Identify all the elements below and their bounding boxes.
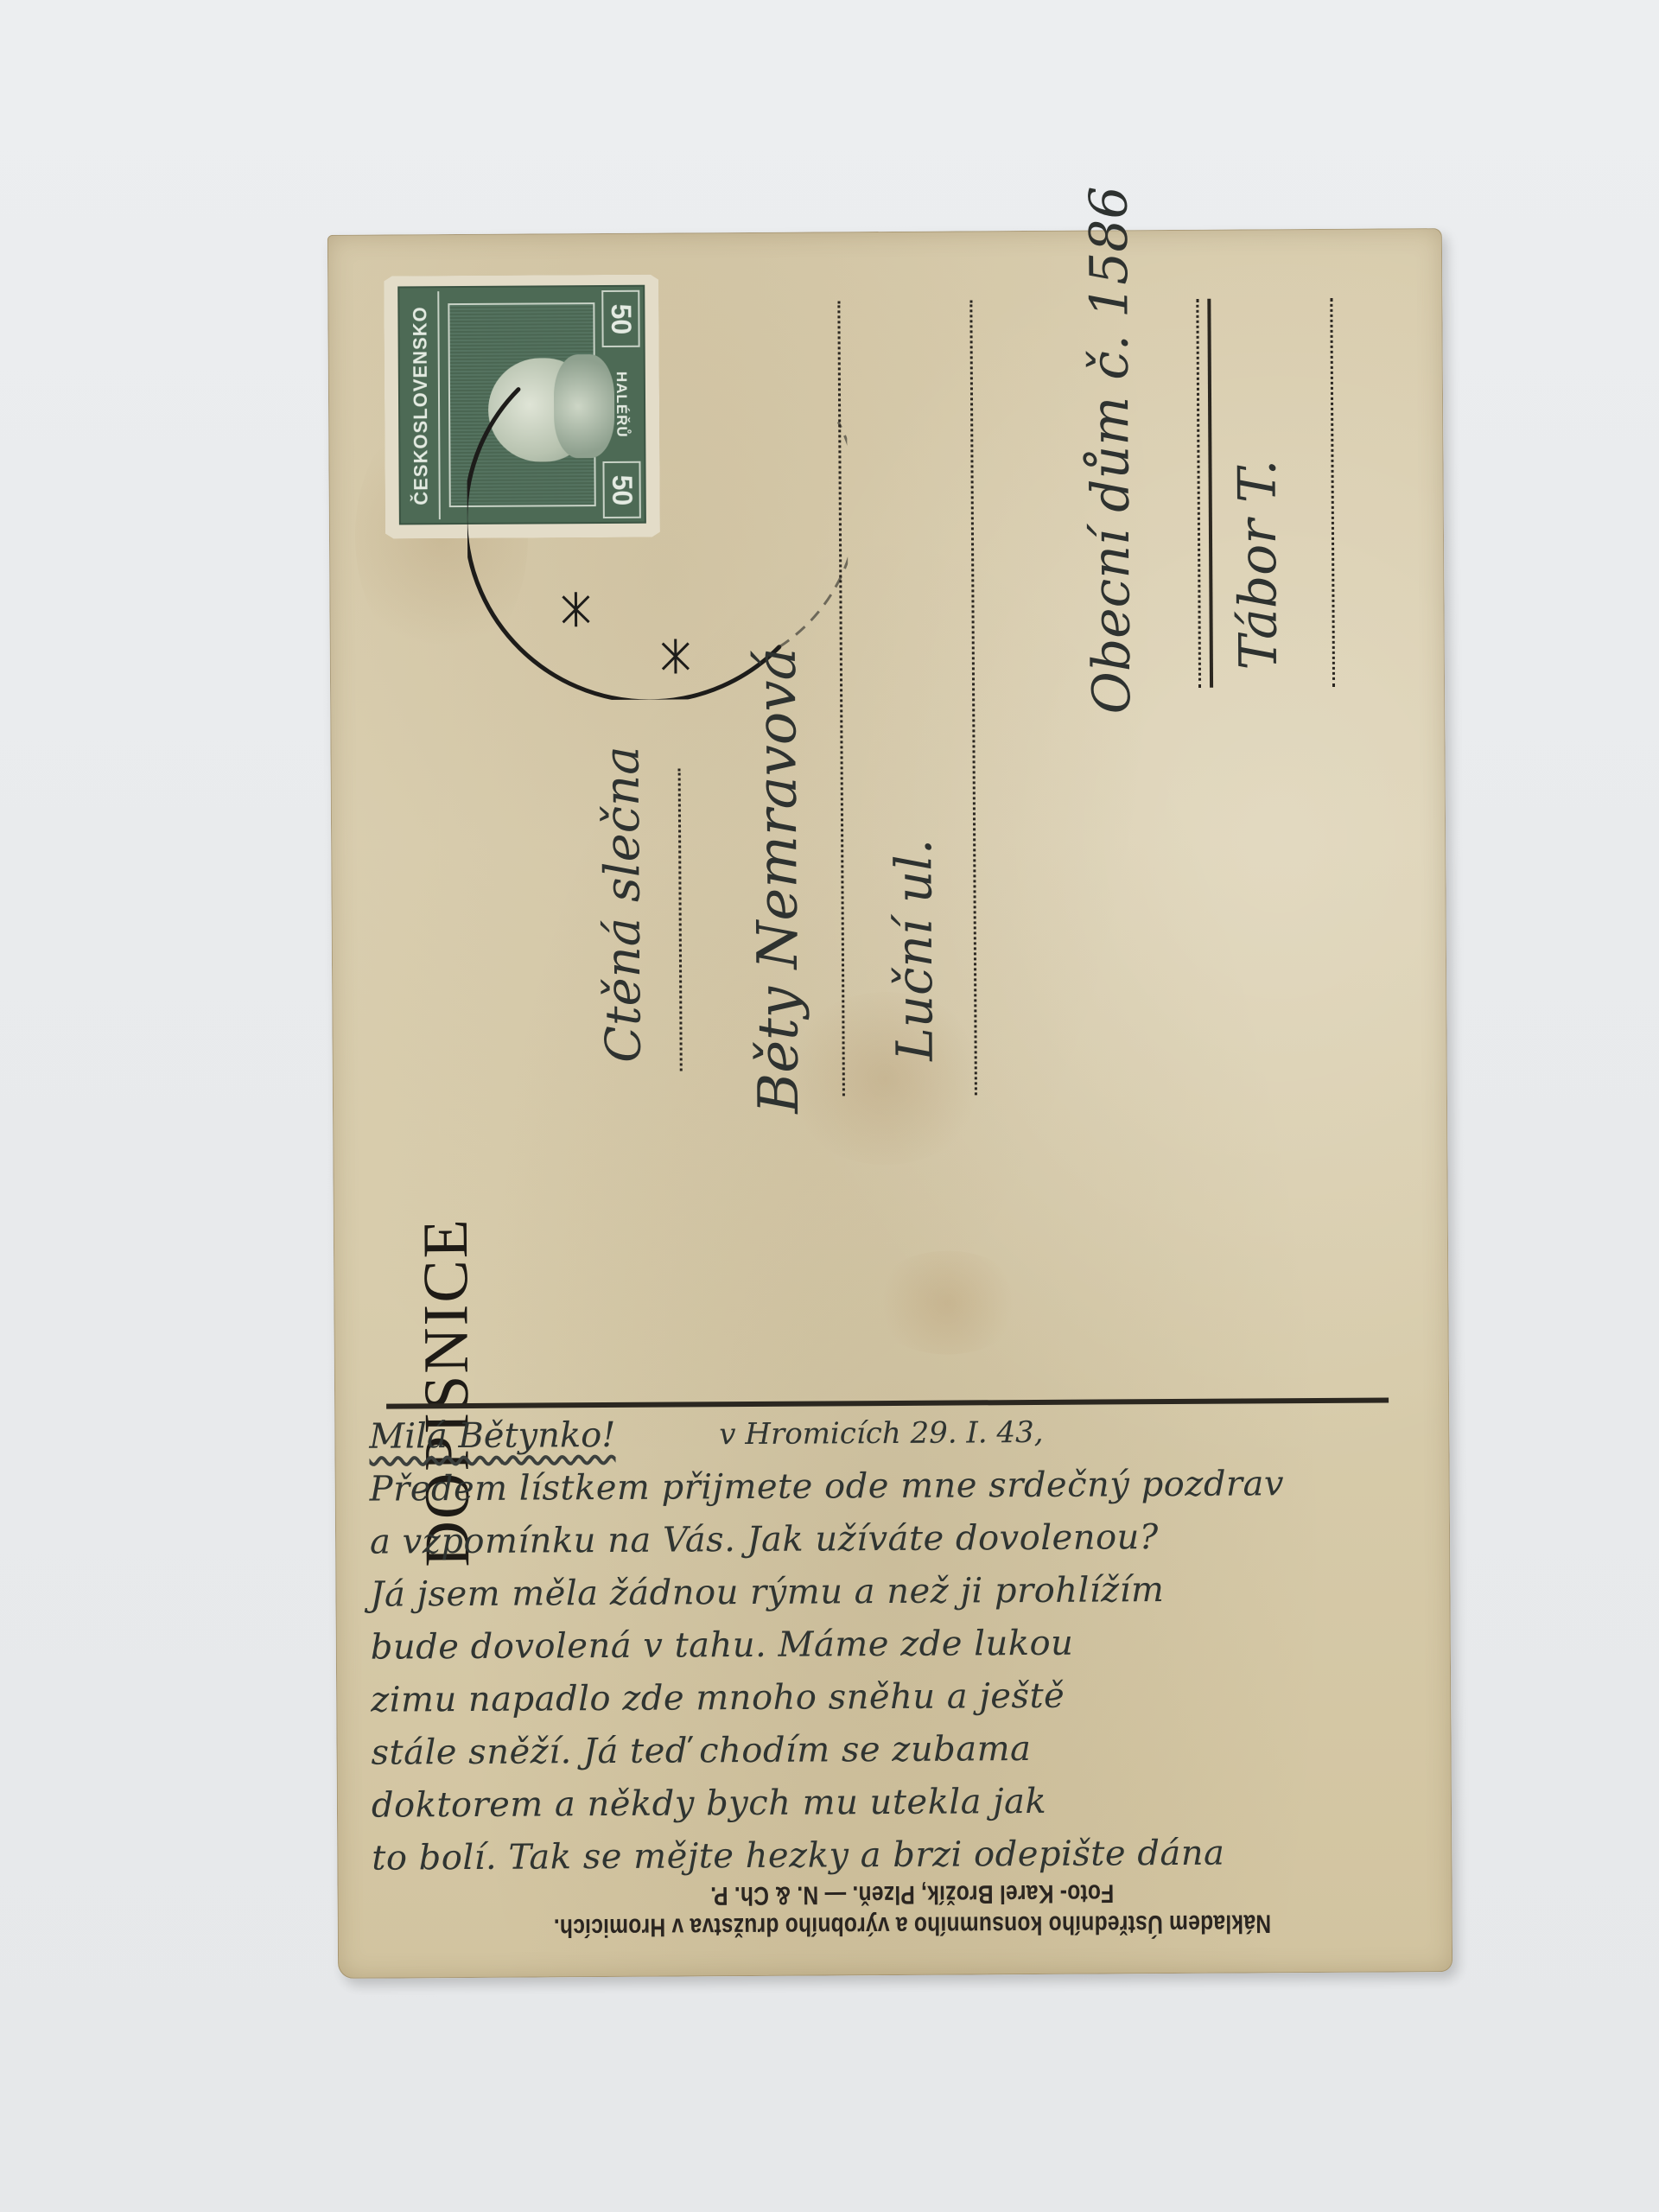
stamp-country: ČESKOSLOVENSKO [409, 306, 432, 505]
address-street: Luční ul. [883, 715, 944, 1061]
message-line: stále sněží. Já teď chodím se zubama [371, 1720, 1433, 1780]
address-rule [1207, 299, 1213, 688]
message-line: doktorem a někdy bych mu utekla jak [372, 1773, 1434, 1833]
address-line [969, 300, 977, 1095]
message-line: Já jsem měla žádnou rýmu a než ji prohlí… [370, 1562, 1433, 1622]
message-line: zimu napadlo zde mnoho sněhu a ještě [371, 1668, 1433, 1727]
stamp-value: 50 [606, 474, 638, 505]
message-line: Předem lístkem přijmete ode mne srdečný … [370, 1457, 1433, 1516]
imprint-line: Nákladem Ústředního konsumního a výrobní… [498, 1907, 1327, 1943]
handwritten-message: Milá Bětynko! v Hromicích 29. I. 43, Pře… [369, 1403, 1434, 1885]
address-line [678, 768, 683, 1071]
address-line [1330, 298, 1335, 687]
address-recipient-name: Běty Nemravová [745, 664, 811, 1114]
stamp-portrait [448, 302, 595, 507]
postage-stamp: ČESKOSLOVENSKO 50 HALÉŘŮ 50 [384, 275, 660, 539]
message-line: bude dovolená v tahu. Máme zde lukou [371, 1615, 1433, 1675]
address-line [1196, 299, 1201, 688]
paper-stain [869, 1250, 1026, 1355]
address-recipient-title: Ctěná slečna [594, 786, 652, 1063]
message-line: a vzpomínku na Vás. Jak užíváte dovoleno… [370, 1510, 1433, 1569]
postcard: ČESKOSLOVENSKO 50 HALÉŘŮ 50 DOPISNICE Ct… [327, 228, 1452, 1979]
message-dateline: v Hromicích 29. I. 43, [719, 1406, 1044, 1461]
message-salutation: Milá Bětynko! [369, 1408, 615, 1464]
stamp-currency: HALÉŘŮ [613, 371, 630, 437]
address-line [837, 301, 845, 1096]
address-city: Tábor T. [1227, 445, 1289, 670]
address-building: Obecní dům č. 1586 [1080, 325, 1143, 714]
imprint-line: Foto- Karel Brožík, Plzeň. — N. & Ch. P. [498, 1876, 1327, 1912]
publisher-imprint: Nákladem Ústředního konsumního a výrobní… [406, 1875, 1417, 1943]
star-icon [563, 591, 689, 674]
stamp-value: 50 [605, 303, 637, 334]
